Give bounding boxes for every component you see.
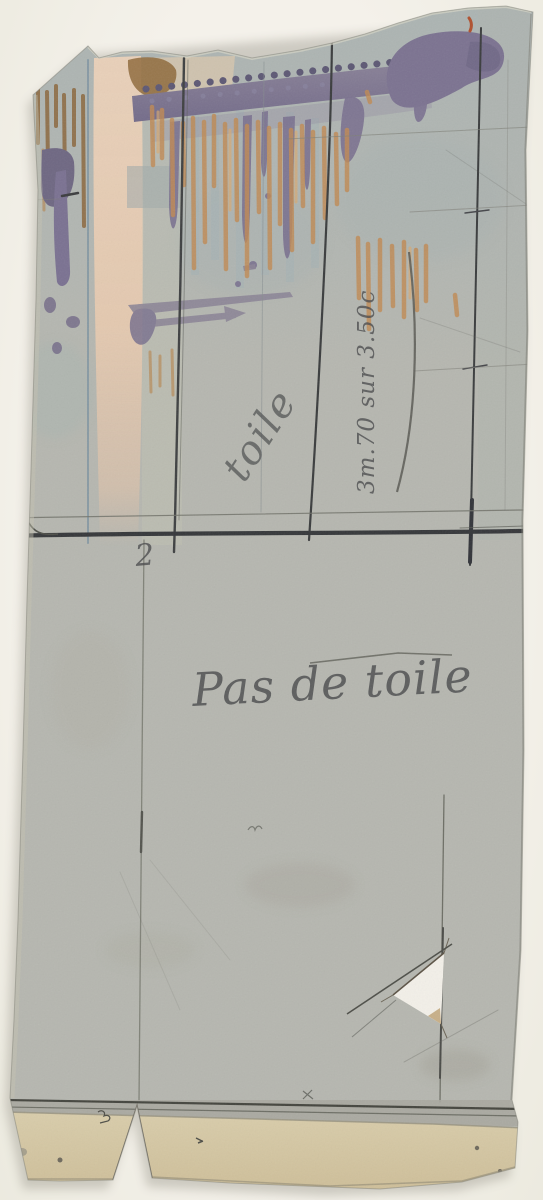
artwork-scan: toile 3m.70 sur 3.50c Pas de toile 2 [0,0,543,1200]
grain-texture [0,0,543,1200]
scan-backdrop: toile 3m.70 sur 3.50c Pas de toile 2 [0,0,543,1200]
